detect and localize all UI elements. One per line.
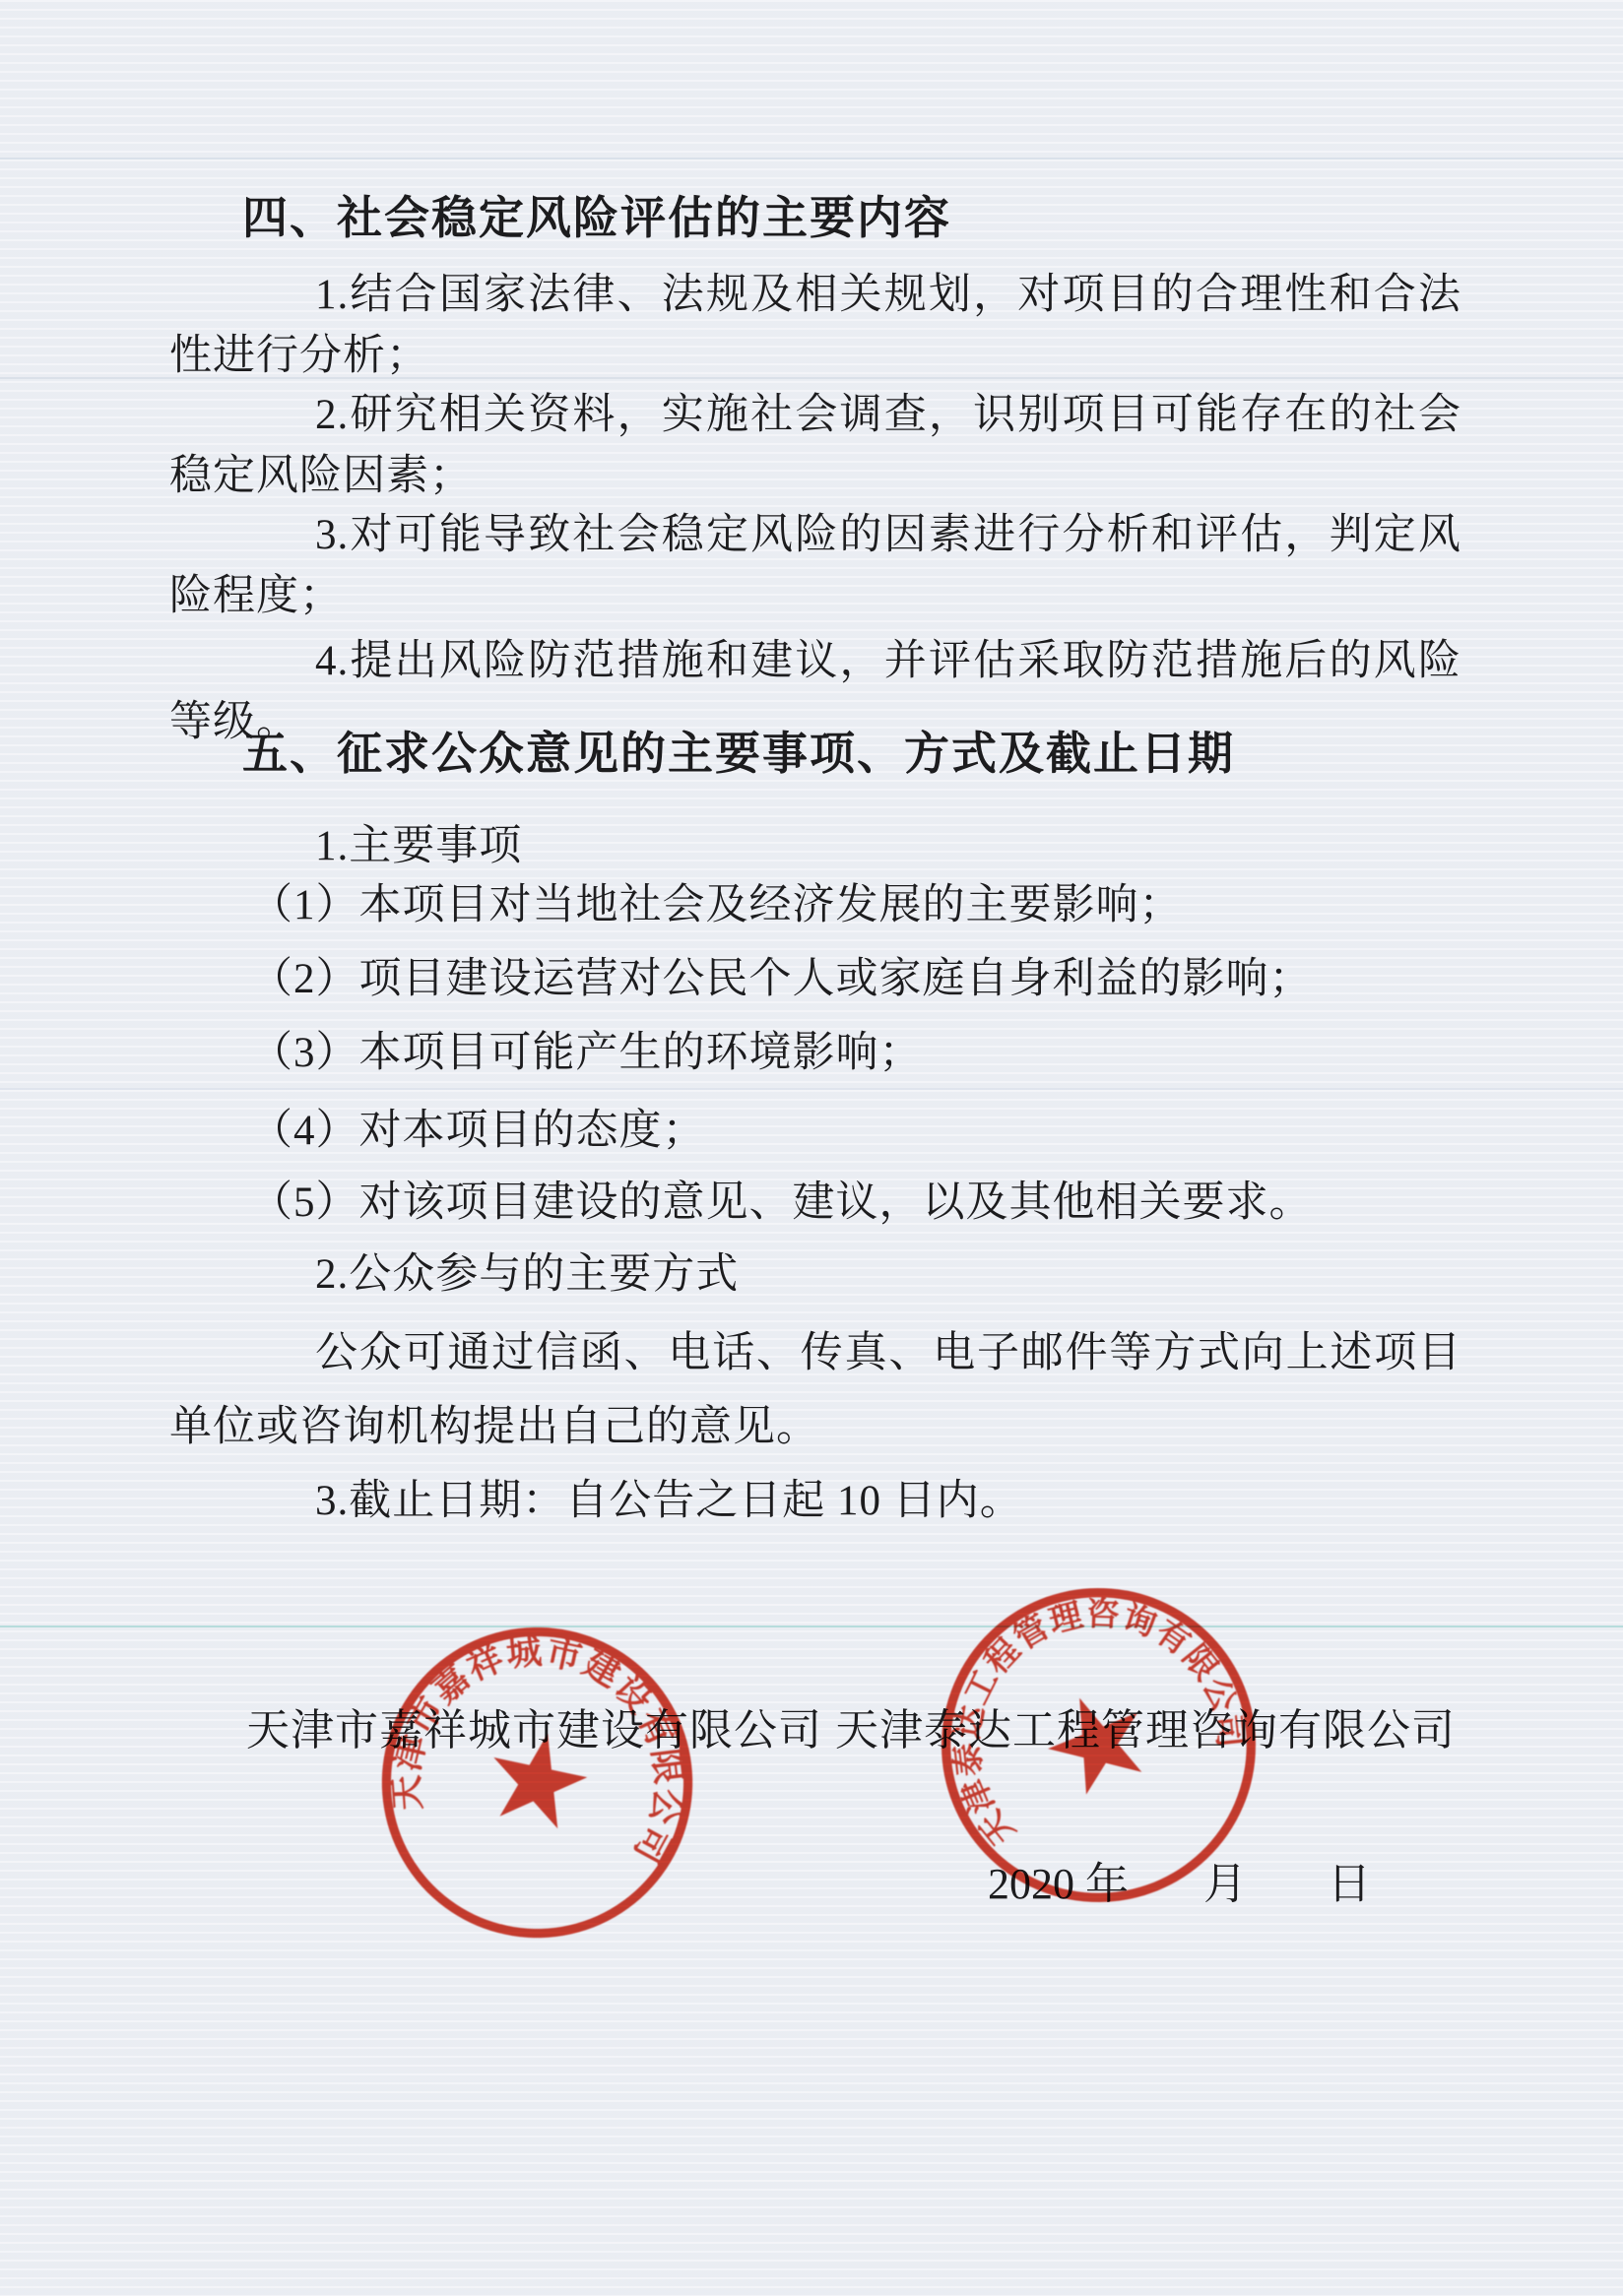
section5-item-3: （3）本项目可能产生的环境影响； bbox=[169, 1023, 1461, 1084]
section5-heading: 五、征求公众意见的主要事项、方式及截止日期 bbox=[169, 725, 1461, 782]
section5-item-4: （4）对本项目的态度； bbox=[169, 1101, 1461, 1162]
date-day: 日 bbox=[1328, 1860, 1371, 1908]
section4-paragraph-1: 1.结合国家法律、法规及相关规划，对项目的合理性和合法性进行分析； bbox=[169, 265, 1461, 387]
date-month: 月 bbox=[1203, 1860, 1247, 1908]
section5-subheading-2: 2.公众参与的主要方式 bbox=[169, 1244, 1461, 1306]
seal-arc-text: 天津泰达工程管理咨询有限公司 bbox=[903, 1550, 1259, 1856]
left-company-name: 天津市嘉祥城市建设有限公司 bbox=[246, 1705, 822, 1756]
section5-item-5: （5）对该项目建设的意见、建议，以及其他相关要求。 bbox=[169, 1173, 1461, 1234]
section5-item-2: （2）项目建设运营对公民个人或家庭自身利益的影响； bbox=[169, 949, 1461, 1010]
scan-artifact-line bbox=[0, 1088, 1623, 1090]
company-seal-left: 天津市嘉祥城市建设有限公司 bbox=[335, 1580, 741, 1986]
scan-artifact-line bbox=[0, 158, 1623, 159]
section4-paragraph-2: 2.研究相关资料，实施社会调查，识别项目可能存在的社会稳定风险因素； bbox=[169, 385, 1461, 507]
date-year: 2020 年 bbox=[988, 1860, 1129, 1908]
seal-ring bbox=[358, 1604, 716, 1961]
right-company-name: 天津泰达工程管理咨询有限公司 bbox=[835, 1705, 1456, 1756]
document-page: 四、社会稳定风险评估的主要内容 1.结合国家法律、法规及相关规划，对项目的合理性… bbox=[0, 0, 1623, 2296]
signature-date: 2020 年月日 bbox=[988, 1859, 1371, 1910]
section4-heading: 四、社会稳定风险评估的主要内容 bbox=[169, 189, 1461, 246]
section5-subheading-1: 1.主要事项 bbox=[169, 816, 1461, 877]
section5-item-1: （1）本项目对当地社会及经济发展的主要影响； bbox=[169, 875, 1461, 936]
section5-paragraph-2: 公众可通过信函、电话、传真、电子邮件等方式向上述项目单位或咨询机构提出自己的意见… bbox=[169, 1316, 1461, 1464]
scan-artifact-line bbox=[0, 1626, 1623, 1627]
section4-paragraph-3: 3.对可能导致社会稳定风险的因素进行分析和评估，判定风险程度； bbox=[169, 505, 1461, 627]
section5-subheading-3: 3.截止日期：自公告之日起 10 日内。 bbox=[169, 1471, 1461, 1532]
